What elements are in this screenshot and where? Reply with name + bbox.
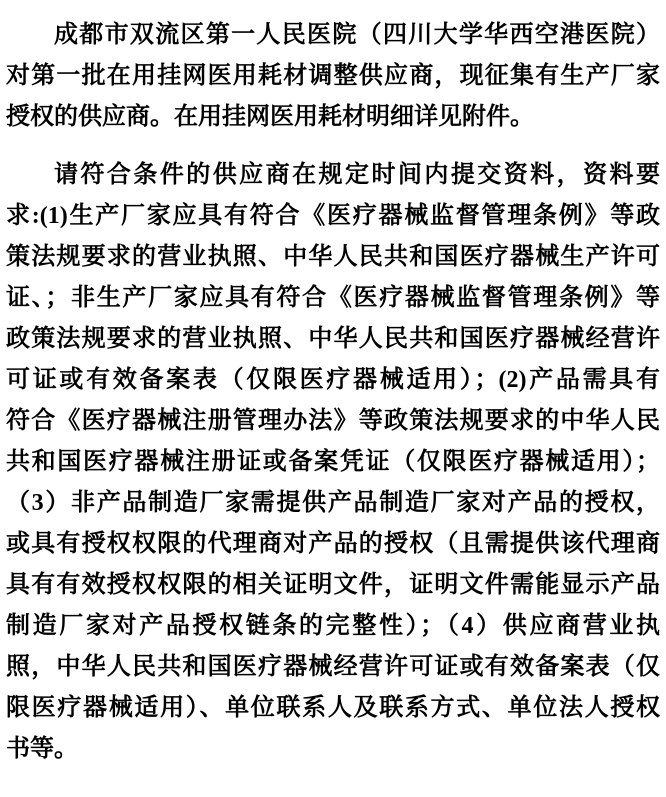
text-line: 限医疗器械适用）、单位联系人及联系方式、单位法人授权	[6, 688, 660, 729]
text-line: 成都市双流区第一人民医院（四川大学华西空港医院）	[6, 15, 660, 56]
text-line: 请符合条件的供应商在规定时间内提交资料，资料要	[6, 155, 660, 196]
text-line: 符合《医疗器械注册管理办法》等政策法规要求的中华人民	[6, 401, 660, 442]
text-line: 政策法规要求的营业执照、中华人民共和国医疗器械经营许	[6, 319, 660, 360]
text-line: 制造厂家对产品授权链条的完整性）；（4）供应商营业执	[6, 606, 660, 647]
text-line: 可证或有效备案表（仅限医疗器械适用）；(2)产品需具有	[6, 360, 660, 401]
paragraph-requirements: 请符合条件的供应商在规定时间内提交资料，资料要 求:(1)生产厂家应具有符合《医…	[6, 155, 660, 770]
text-line: 共和国医疗器械注册证或备案凭证（仅限医疗器械适用）；	[6, 442, 660, 483]
text-line: （3）非产品制造厂家需提供产品制造厂家对产品的授权，	[6, 483, 660, 524]
text-line: 照，中华人民共和国医疗器械经营许可证或有效备案表（仅	[6, 647, 660, 688]
text-line: 书等。	[6, 729, 660, 770]
text-line: 授权的供应商。在用挂网医用耗材明细详见附件。	[6, 97, 660, 138]
text-line: 求:(1)生产厂家应具有符合《医疗器械监督管理条例》等政	[6, 196, 660, 237]
paragraph-intro: 成都市双流区第一人民医院（四川大学华西空港医院） 对第一批在用挂网医用耗材调整供…	[6, 15, 660, 138]
document-page: 成都市双流区第一人民医院（四川大学华西空港医院） 对第一批在用挂网医用耗材调整供…	[0, 0, 666, 797]
text-line: 证、；非生产厂家应具有符合《医疗器械监督管理条例》等	[6, 278, 660, 319]
text-line: 具有有效授权权限的相关证明文件，证明文件需能显示产品	[6, 565, 660, 606]
text-line: 策法规要求的营业执照、中华人民共和国医疗器械生产许可	[6, 237, 660, 278]
text-line: 或具有授权权限的代理商对产品的授权（且需提供该代理商	[6, 524, 660, 565]
text-line: 对第一批在用挂网医用耗材调整供应商，现征集有生产厂家	[6, 56, 660, 97]
